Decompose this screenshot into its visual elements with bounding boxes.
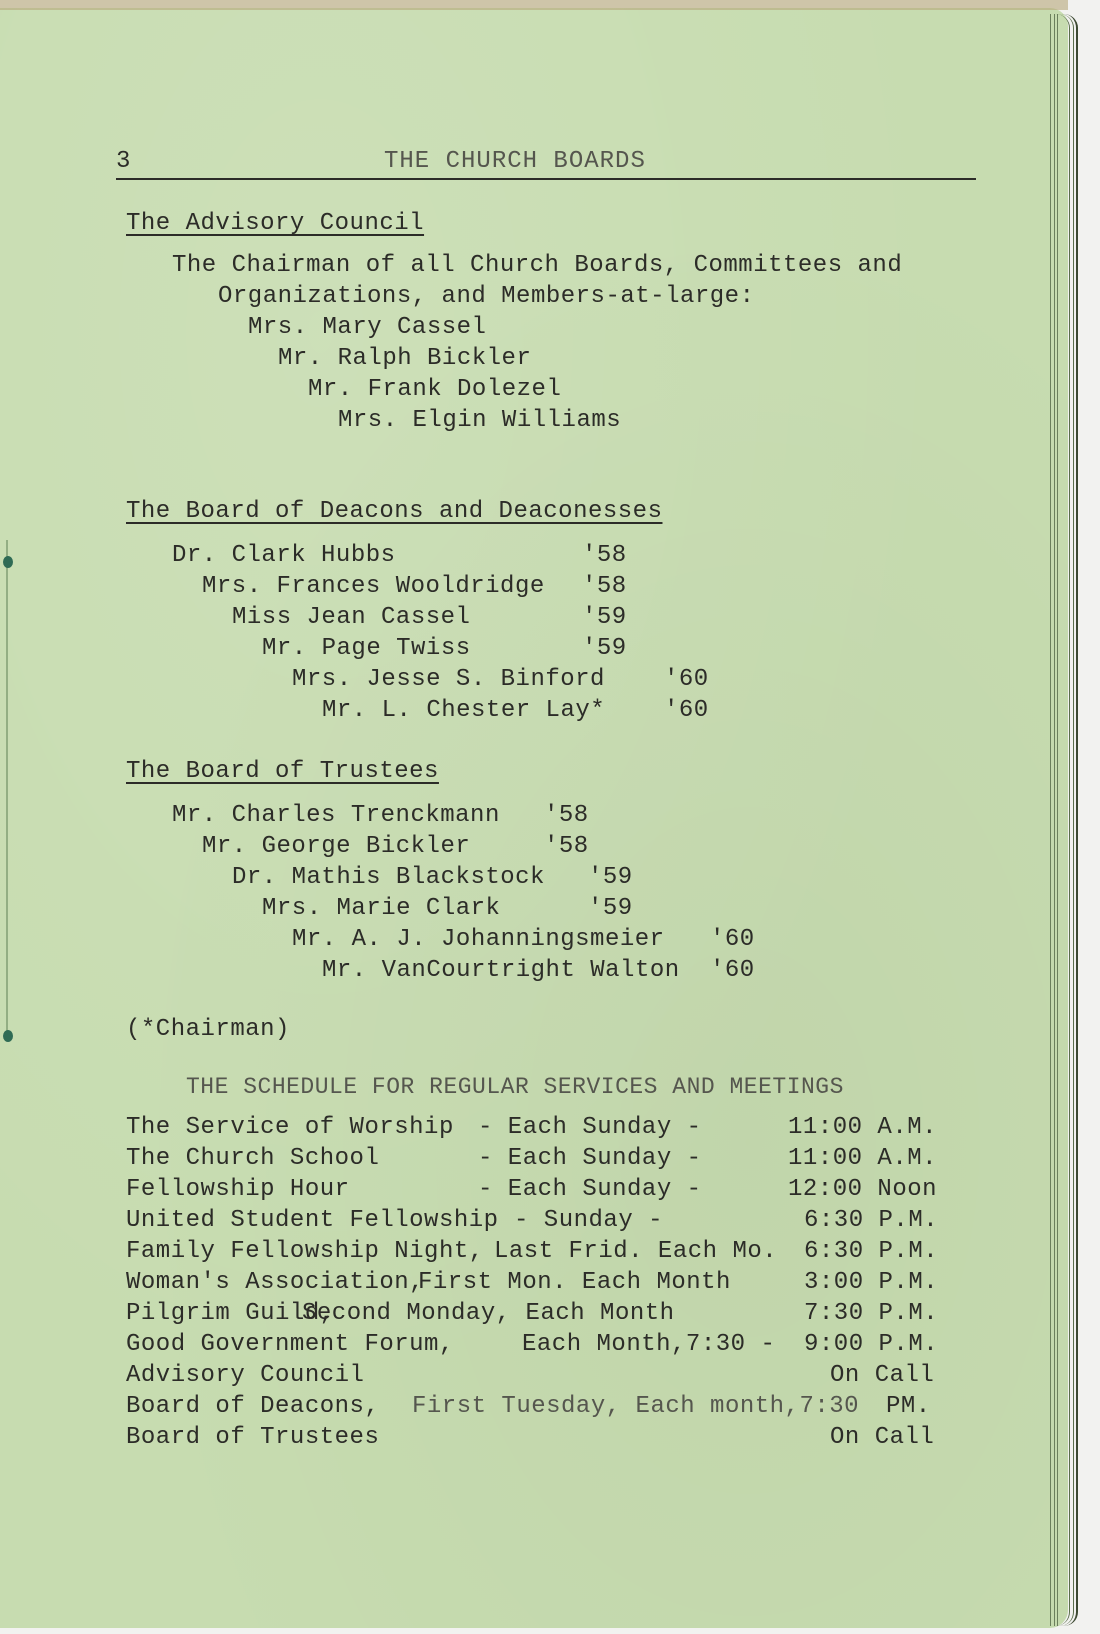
schedule-when: Each Month,7:30 - (522, 1331, 775, 1358)
schedule-when: First Mon. Each Month (418, 1269, 731, 1296)
trustee-name: Mr. VanCourtright Walton (322, 957, 680, 984)
schedule-when: Second Monday, Each Month (302, 1300, 675, 1327)
page-number: 3 (116, 148, 131, 175)
advisory-member: Mrs. Elgin Williams (338, 407, 621, 434)
schedule-time: 6:30 P.M. (804, 1207, 938, 1234)
trustee-term: '60 (710, 957, 755, 984)
schedule-when: First Tuesday, Each month,7:30 (412, 1393, 859, 1420)
advisory-member: Mr. Ralph Bickler (278, 345, 531, 372)
schedule-event: Family Fellowship Night, (126, 1238, 484, 1265)
advisory-council-heading: The Advisory Council (126, 210, 424, 237)
deacon-name: Dr. Clark Hubbs (172, 542, 396, 569)
deacon-term: '60 (664, 697, 709, 724)
trustee-term: '60 (710, 926, 755, 953)
advisory-member: Mrs. Mary Cassel (248, 314, 486, 341)
page-edge-3 (1057, 14, 1078, 1626)
binding-fold (6, 540, 8, 1040)
deacon-term: '59 (582, 604, 627, 631)
schedule-when: - Sunday - (514, 1207, 663, 1234)
schedule-time: 6:30 P.M. (804, 1238, 938, 1265)
trustee-term: '58 (544, 802, 589, 829)
page-top-edge (0, 0, 1068, 10)
schedule-event: The Church School (126, 1145, 379, 1172)
deacon-name: Mr. Page Twiss (262, 635, 471, 662)
page-title: THE CHURCH BOARDS (384, 148, 646, 175)
schedule-time: 7:30 P.M. (804, 1300, 938, 1327)
deacon-term: '60 (664, 666, 709, 693)
trustee-name: Mr. A. J. Johanningsmeier (292, 926, 665, 953)
deacon-name: Miss Jean Cassel (232, 604, 470, 631)
trustee-name: Mr. Charles Trenckmann (172, 802, 500, 829)
deacon-term: '58 (582, 542, 627, 569)
deacon-term: '58 (582, 573, 627, 600)
schedule-event: Advisory Council (126, 1362, 364, 1389)
schedule-event: United Student Fellowship (126, 1207, 499, 1234)
deacon-name: Mr. L. Chester Lay* (322, 697, 605, 724)
schedule-time: On Call (830, 1362, 934, 1389)
chairman-footnote: (*Chairman) (126, 1016, 290, 1043)
trustee-term: '58 (544, 833, 589, 860)
staple-top-icon (3, 556, 13, 568)
schedule-time: On Call (830, 1424, 934, 1451)
deacon-name: Mrs. Jesse S. Binford (292, 666, 605, 693)
deacons-heading: The Board of Deacons and Deaconesses (126, 498, 662, 525)
schedule-when: - Each Sunday - (478, 1145, 702, 1172)
schedule-when: - Each Sunday - (478, 1114, 702, 1141)
schedule-heading: THE SCHEDULE FOR REGULAR SERVICES AND ME… (186, 1074, 844, 1100)
schedule-time: 3:00 P.M. (804, 1269, 938, 1296)
trustee-term: '59 (588, 895, 633, 922)
header-rule (116, 178, 976, 180)
trustee-term: '59 (588, 864, 633, 891)
advisory-member: Mr. Frank Dolezel (308, 376, 561, 403)
schedule-event: Fellowship Hour (126, 1176, 350, 1203)
staple-bottom-icon (3, 1030, 13, 1042)
trustees-heading: The Board of Trustees (126, 758, 439, 785)
schedule-event: Board of Deacons, (126, 1393, 379, 1420)
advisory-intro-line2: Organizations, and Members-at-large: (218, 283, 754, 310)
schedule-when: Last Frid. Each Mo. (494, 1238, 777, 1265)
advisory-intro-line1: The Chairman of all Church Boards, Commi… (172, 252, 902, 279)
trustee-name: Mr. George Bickler (202, 833, 470, 860)
deacon-term: '59 (582, 635, 627, 662)
deacon-name: Mrs. Frances Wooldridge (202, 573, 545, 600)
schedule-event: Good Government Forum, (126, 1331, 454, 1358)
schedule-time: 11:00 A.M. (788, 1114, 937, 1141)
schedule-time: 11:00 A.M. (788, 1145, 937, 1172)
trustee-name: Dr. Mathis Blackstock (232, 864, 545, 891)
schedule-time: 9:00 P.M. (804, 1331, 938, 1358)
schedule-event: The Service of Worship (126, 1114, 454, 1141)
schedule-event: Woman's Association, (126, 1269, 424, 1296)
schedule-time: 12:00 Noon (788, 1176, 937, 1203)
schedule-when: - Each Sunday - (478, 1176, 702, 1203)
trustee-name: Mrs. Marie Clark (262, 895, 500, 922)
schedule-event: Board of Trustees (126, 1424, 379, 1451)
schedule-time: PM. (886, 1393, 931, 1420)
